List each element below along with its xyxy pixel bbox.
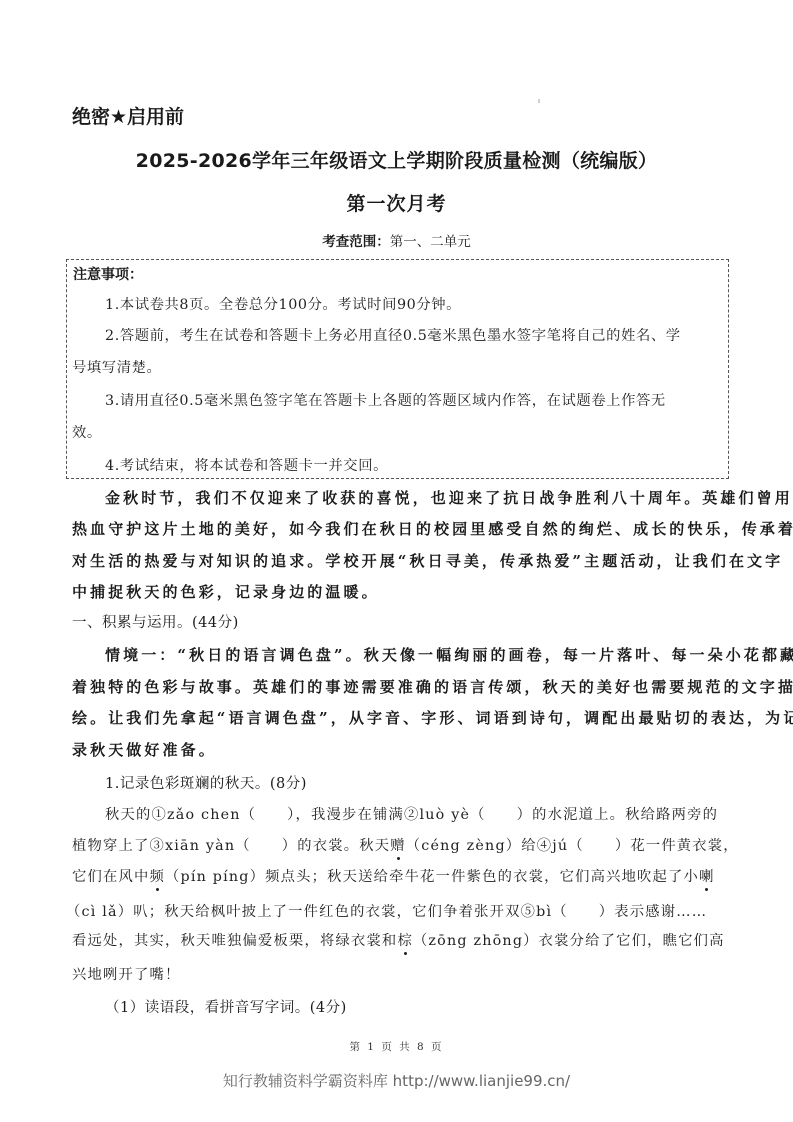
exam-subtitle: 第一次月考 — [0, 189, 793, 216]
emphasis-dot-char: 频 — [149, 866, 165, 886]
passage-line-5: 看远处，其实，秋天唯独偏爱板栗，将绿衣裳和棕（zōng zhōng）衣裳分给了它… — [72, 930, 725, 950]
intro-line-1: 金秋时节，我们不仅迎来了收获的喜悦，也迎来了抗日战争胜利八十周年。英雄们曾用 — [105, 487, 793, 508]
context-line-1: 情境一：“秋日的语言调色盘”。秋天像一幅绚丽的画卷，每一片落叶、每一朵小花都藏 — [105, 644, 793, 665]
notice-line-3-cont: 效。 — [72, 422, 102, 442]
context-line-2: 着独特的色彩与故事。英雄们的事迹需要准确的语言传颂，秋天的美好也需要规范的文字描 — [72, 676, 793, 697]
emphasis-dot-char: 棕 — [397, 930, 413, 950]
intro-line-4: 中捕捉秋天的色彩，记录身边的温暖。 — [72, 581, 380, 602]
notice-line-1: 1.本试卷共8页。全卷总分100分。考试时间90分钟。 — [105, 294, 461, 314]
passage-line-1: 秋天的①zǎo chen（ ），我漫步在铺满②luò yè（ ）的水泥道上。秋给… — [105, 804, 718, 824]
notice-line-2: 2.答题前，考生在试卷和答题卡上务必用直径0.5毫米黑色墨水签字笔将自己的姓名、… — [105, 325, 681, 345]
context-line-3: 绘。让我们先拿起“语言调色盘”，从字音、字形、词语到诗句，调配出最贴切的表达，为… — [72, 707, 793, 728]
scope-label: 考查范围： — [322, 234, 390, 250]
sub-question-1: （1）读语段，看拼音写字词。(4分) — [105, 996, 347, 1017]
passage-text: 看远处，其实，秋天唯独偏爱板栗，将绿衣裳和 — [72, 933, 397, 949]
exam-scope: 考查范围：第一、二单元 — [0, 230, 793, 250]
passage-line-2: 植物穿上了③xiān yàn（ ）的衣裳。秋天赠（céng zèng）给④jú（… — [72, 835, 739, 855]
passage-text: （céng zèng）给④jú（ ）花一件黄衣裳， — [406, 838, 739, 854]
question-1-heading: 1.记录色彩斑斓的秋天。(8分) — [105, 772, 307, 793]
passage-text: 兴地咧开了嘴！ — [72, 967, 180, 983]
scope-value: 第一、二单元 — [390, 234, 471, 250]
passage-text: 秋天的①zǎo chen（ ），我漫步在铺满②luò yè（ ）的水泥道上。秋给… — [105, 807, 718, 823]
notice-box: 注意事项： — [66, 259, 729, 479]
passage-text: （cì lǎ）叭；秋天给枫叶披上了一件红色的衣裳，它们争着张开双⑤bì（ ）表示… — [66, 904, 707, 920]
intro-line-2: 热血守护这片土地的美好，如今我们在秋日的校园里感受自然的绚烂、成长的快乐，传承着 — [72, 518, 793, 539]
passage-text: （zōng zhōng）衣裳分给了它们，瞧它们高 — [413, 933, 725, 949]
emphasis-dot-char: 赠 — [390, 835, 406, 855]
scan-speck — [538, 99, 540, 103]
section-1-heading: 一、积累与运用。(44分) — [72, 611, 239, 632]
page-indicator: 第 1 页 共 8 页 — [0, 1039, 793, 1054]
passage-text: 它们在风中 — [72, 869, 149, 885]
exam-page: 绝密★启用前 2025-2026学年三年级语文上学期阶段质量检测（统编版） 第一… — [0, 0, 793, 1122]
notice-line-2-cont: 号填写清楚。 — [72, 357, 161, 377]
passage-line-6: 兴地咧开了嘴！ — [72, 964, 180, 984]
watermark-link[interactable]: 知行教辅资料学霸资料库 http://www.lianjie99.cn/ — [0, 1070, 793, 1091]
notice-heading: 注意事项： — [73, 264, 143, 284]
exam-title: 2025-2026学年三年级语文上学期阶段质量检测（统编版） — [0, 146, 793, 173]
notice-line-4: 4.考试结束，将本试卷和答题卡一并交回。 — [105, 455, 388, 475]
intro-line-3: 对生活的热爱与对知识的追求。学校开展“秋日寻美，传承热爱”主题活动，让我们在文字 — [72, 550, 783, 571]
passage-line-3: 它们在风中频（pín píng）频点头；秋天送给牵牛花一件紫色的衣裳，它们高兴地… — [72, 866, 715, 886]
context-line-4: 录秋天做好准备。 — [72, 739, 217, 760]
emphasis-dot-char: 喇 — [699, 866, 715, 886]
confidential-label: 绝密★启用前 — [72, 102, 184, 129]
passage-text: （pín píng）频点头；秋天送给牵牛花一件紫色的衣裳，它们高兴地吹起了小 — [165, 869, 699, 885]
notice-line-3: 3.请用直径0.5毫米黑色签字笔在答题卡上各题的答题区域内作答，在试题卷上作答无 — [105, 390, 666, 410]
passage-text: 植物穿上了③xiān yàn（ ）的衣裳。秋天 — [72, 838, 390, 854]
passage-line-4: （cì lǎ）叭；秋天给枫叶披上了一件红色的衣裳，它们争着张开双⑤bì（ ）表示… — [66, 901, 707, 921]
